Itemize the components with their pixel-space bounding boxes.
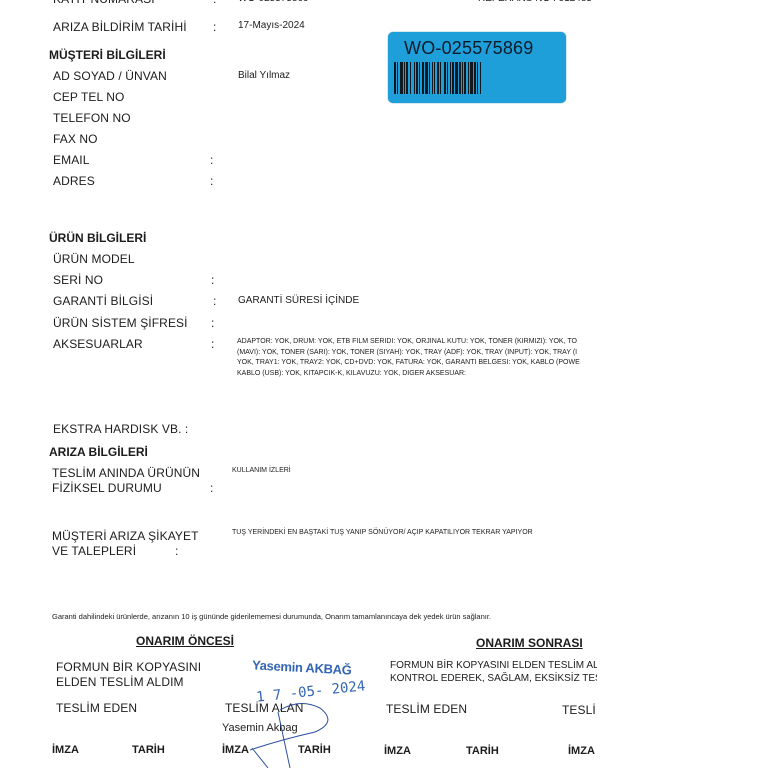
product-section-title: ÜRÜN BİLGİLERİ (49, 231, 146, 245)
condition-value: KULLANIM İZLERİ (232, 467, 291, 474)
extra-hardisk-label: EKSTRA HARDISK VB. : (53, 422, 188, 436)
reference-number: REFERANS NO : 912485 (478, 0, 592, 4)
complaint-value: TUŞ YERİNDEKİ EN BAŞTAKİ TUŞ YANIP SÖNÜY… (232, 529, 533, 536)
warranty-label: GARANTİ BİLGİSİ (53, 294, 153, 308)
after-copy-text: FORMUN BİR KOPYASINI ELDEN TESLİM ALD KO… (390, 659, 597, 689)
condition-label-line1: TESLİM ANINDA ÜRÜNÜN (52, 466, 200, 480)
serial-label: SERİ NO (53, 273, 103, 287)
barcode-icon (394, 62, 558, 94)
email-label: EMAIL (53, 153, 90, 167)
complaint-label-line2: VE TALEPLERİ (52, 544, 136, 558)
fault-date-label: ARIZA BİLDİRİM TARİHİ (53, 20, 187, 34)
before-repair-title: ONARIM ÖNCESİ (136, 634, 234, 648)
fax-label: FAX NO (53, 132, 98, 146)
serial-colon: : (211, 273, 214, 287)
after-copy-line1: FORMUN BİR KOPYASINI ELDEN TESLİM ALD (390, 659, 597, 672)
complaint-colon: : (175, 544, 178, 558)
stamp-name: Yasemin AKBAĞ (252, 657, 352, 677)
email-colon: : (210, 153, 213, 167)
record-number-label: KAYIT NUMARASI (53, 0, 155, 6)
phone-label: TELEFON NO (53, 111, 131, 125)
after-signature-label: İMZA (384, 745, 411, 757)
sticker-code: WO-025575869 (404, 38, 533, 59)
before-date-label: TARİH (132, 744, 165, 756)
accessories-line: KABLO (USB): YOK, KITAPCIK-K, KILAVUZU: … (237, 369, 597, 380)
system-password-label: ÜRÜN SİSTEM ŞİFRESİ (53, 316, 188, 330)
accessories-line: YOK, TRAY1: YOK, TRAY2: YOK, CD+DVD: YOK… (237, 358, 597, 369)
name-value: Bilal Yılmaz (238, 70, 290, 81)
after-receiver-label: TESLİ (562, 703, 596, 717)
after-deliverer-label: TESLİM EDEN (386, 702, 467, 716)
before-copy-line1: FORMUN BİR KOPYASINI (56, 660, 201, 674)
accessories-colon: : (211, 337, 214, 351)
accessories-value: ADAPTOR: YOK, DRUM: YOK, ETB FILM SERIDI… (237, 337, 597, 383)
record-number-value: WO-025575869 (238, 0, 309, 4)
address-label: ADRES (53, 174, 95, 188)
before-copy-line2: ELDEN TESLİM ALDIM (56, 675, 184, 689)
warranty-colon: : (213, 294, 216, 308)
accessories-line: ADAPTOR: YOK, DRUM: YOK, ETB FILM SERIDI… (237, 337, 597, 348)
barcode-sticker: WO-025575869 (388, 32, 566, 103)
address-colon: : (210, 174, 213, 188)
fault-section-title: ARIZA BİLGİLERİ (49, 445, 148, 459)
condition-label-line2: FİZİKSEL DURUMU (52, 481, 162, 495)
before-signature-label: İMZA (52, 744, 79, 756)
name-label: AD SOYAD / ÜNVAN (53, 69, 167, 83)
password-colon: : (211, 316, 214, 330)
after-repair-title: ONARIM SONRASI (476, 636, 583, 650)
mobile-label: CEP TEL NO (53, 90, 124, 104)
after-copy-line2: KONTROL EDEREK, SAĞLAM, EKSİKSİZ TESL (390, 672, 597, 685)
signature-scribble-icon (220, 690, 340, 768)
model-label: ÜRÜN MODEL (53, 252, 135, 266)
before-deliverer-label: TESLİM EDEN (56, 701, 137, 715)
customer-section-title: MÜŞTERİ BİLGİLERİ (49, 48, 166, 62)
accessories-line: (MAVI): YOK, TONER (SARI): YOK, TONER (S… (237, 348, 597, 359)
complaint-label-line1: MÜŞTERİ ARIZA ŞİKAYET (52, 529, 199, 543)
accessories-label: AKSESUARLAR (53, 337, 143, 351)
after-date-label: TARİH (466, 745, 499, 757)
warranty-value: GARANTİ SÜRESİ İÇİNDE (238, 295, 359, 306)
condition-colon: : (210, 481, 213, 495)
fault-date-value: 17-Mayıs-2024 (238, 20, 305, 31)
record-colon: : (213, 0, 216, 6)
fault-date-colon: : (213, 20, 216, 34)
after-signature2-label: İMZA (568, 745, 595, 757)
warranty-note: Garanti dahilindeki ürünlerde, arızanın … (52, 612, 491, 621)
